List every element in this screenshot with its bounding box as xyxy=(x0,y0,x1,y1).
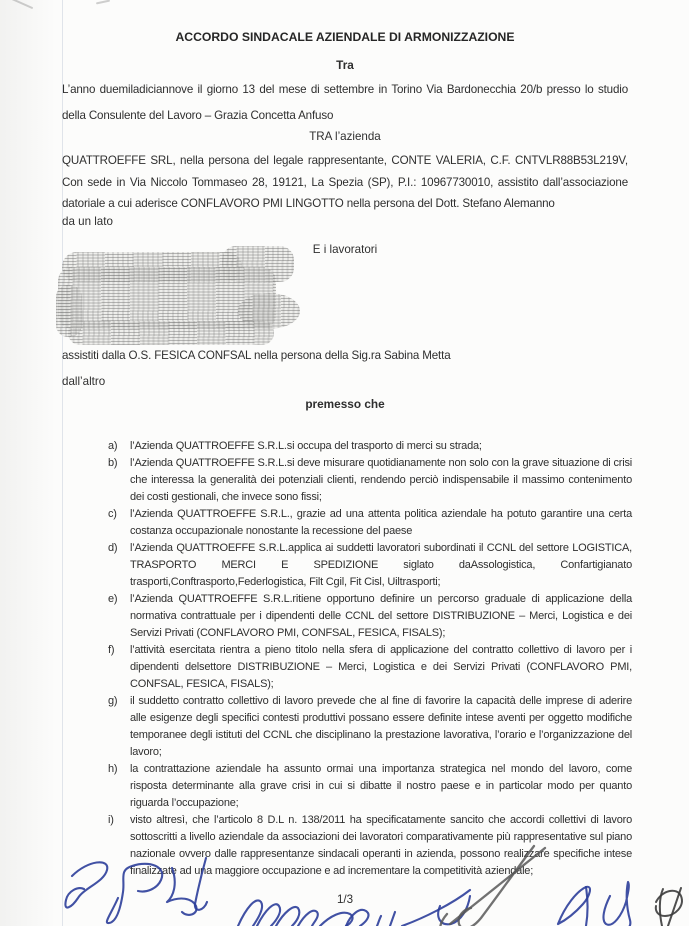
premise-letter: f) xyxy=(108,642,130,693)
signatures-overlay xyxy=(0,836,689,926)
side-b-label: dall’altro xyxy=(62,375,628,388)
scan-artifact-mark xyxy=(96,0,110,4)
workers-assisted-line: assistiti dalla O.S. FESICA CONFSAL nell… xyxy=(62,349,628,362)
side-a-label: da un lato xyxy=(62,215,628,228)
handwritten-signature-right-blue-icon xyxy=(558,882,630,926)
handwritten-signature-far-right-dark-icon xyxy=(656,888,682,926)
company-section-heading: TRA l’azienda xyxy=(62,130,628,143)
premise-text: la contrattazione aziendale ha assunto o… xyxy=(130,761,632,812)
handwritten-signature-center-right-gray-icon xyxy=(440,846,545,926)
premise-text: l’Azienda QUATTROEFFE S.R.L.applica ai s… xyxy=(130,540,632,591)
redaction-scribble-part xyxy=(68,321,274,345)
premise-letter: g) xyxy=(108,693,130,761)
premise-letter: c) xyxy=(108,506,130,540)
premise-text: il suddetto contratto collettivo di lavo… xyxy=(130,693,632,761)
intro-paragraph: L’anno duemiladiciannove il giorno 13 de… xyxy=(62,77,628,129)
premises-list: a) l’Azienda QUATTROEFFE S.R.L.si occupa… xyxy=(108,438,632,880)
scanned-document-page: ACCORDO SINDACALE AZIENDALE DI ARMONIZZA… xyxy=(0,0,689,926)
premise-item-g: g) il suddetto contratto collettivo di l… xyxy=(108,693,632,761)
premise-letter: h) xyxy=(108,761,130,812)
handwritten-signature-center-left-blue-icon xyxy=(238,890,470,926)
premise-text: l’Azienda QUATTROEFFE S.R.L.ritiene oppo… xyxy=(130,591,632,642)
premise-item-b: b) l’Azienda QUATTROEFFE S.R.L.si deve m… xyxy=(108,455,632,506)
premise-text: l’Azienda QUATTROEFFE S.R.L.si occupa de… xyxy=(130,438,632,455)
company-paragraph: QUATTROEFFE SRL, nella persona del legal… xyxy=(62,150,628,215)
premise-item-a: a) l’Azienda QUATTROEFFE S.R.L.si occupa… xyxy=(108,438,632,455)
premise-item-e: e) l’Azienda QUATTROEFFE S.R.L.ritiene o… xyxy=(108,591,632,642)
redaction-scribble-part xyxy=(56,285,82,337)
premise-text: l’attività esercitata rientra a pieno ti… xyxy=(130,642,632,693)
premise-text: l’Azienda QUATTROEFFE S.R.L., grazie ad … xyxy=(130,506,632,540)
redaction-scribble xyxy=(56,245,304,347)
premise-item-c: c) l’Azienda QUATTROEFFE S.R.L., grazie … xyxy=(108,506,632,540)
premise-item-d: d) l’Azienda QUATTROEFFE S.R.L.applica a… xyxy=(108,540,632,591)
between-heading: Tra xyxy=(62,58,628,72)
premise-heading: premesso che xyxy=(62,397,628,411)
document-title: ACCORDO SINDACALE AZIENDALE DI ARMONIZZA… xyxy=(62,30,628,44)
scan-edge-shading xyxy=(0,0,56,926)
premise-letter: d) xyxy=(108,540,130,591)
premise-letter: a) xyxy=(108,438,130,455)
premise-text: l’Azienda QUATTROEFFE S.R.L.si deve misu… xyxy=(130,455,632,506)
premise-letter: b) xyxy=(108,455,130,506)
handwritten-signature-left-blue-icon xyxy=(65,858,207,923)
premise-item-h: h) la contrattazione aziendale ha assunt… xyxy=(108,761,632,812)
premise-letter: e) xyxy=(108,591,130,642)
premise-item-f: f) l’attività esercitata rientra a pieno… xyxy=(108,642,632,693)
